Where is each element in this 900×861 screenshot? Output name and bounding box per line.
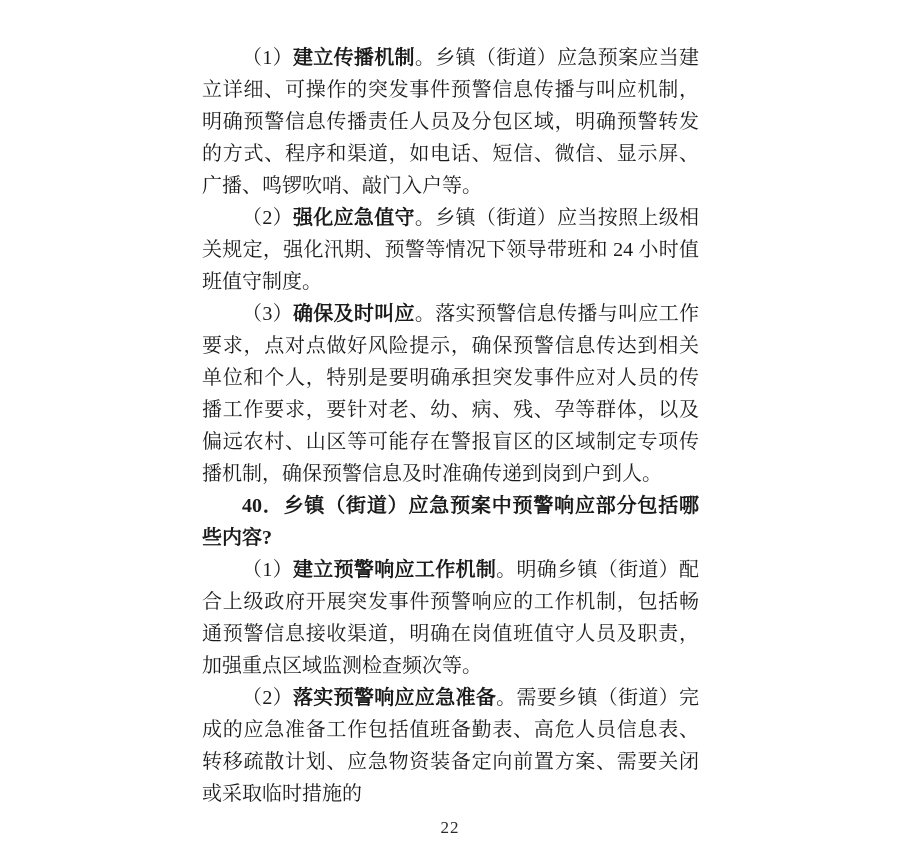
bold-text-run: 落实预警响应应急准备: [293, 687, 496, 709]
paragraph: （2）强化应急值守。乡镇（街道）应当按照上级相关规定，强化汛期、预警等情况下领导…: [202, 202, 699, 298]
bold-text-run: 建立预警响应工作机制: [293, 559, 496, 581]
bold-text-run: 强化应急值守: [293, 207, 415, 229]
question-heading: 40．乡镇（街道）应急预案中预警响应部分包括哪些内容?: [202, 490, 699, 554]
paragraph: （3）确保及时叫应。落实预警信息传播与叫应工作要求，点对点做好风险提示，确保预警…: [202, 298, 699, 490]
text-run: （1）: [242, 47, 293, 69]
text-run: 。乡镇（街道）应急预案应当建立详细、可操作的突发事件预警信息传播与叫应机制，明确…: [202, 47, 699, 197]
text-column: （1）建立传播机制。乡镇（街道）应急预案应当建立详细、可操作的突发事件预警信息传…: [202, 42, 699, 810]
page-number: 22: [441, 818, 460, 837]
text-run: 。落实预警信息传播与叫应工作要求，点对点做好风险提示，确保预警信息传达到相关单位…: [202, 303, 699, 485]
bold-text-run: 40．乡镇（街道）应急预案中预警响应部分包括哪些内容?: [202, 495, 699, 549]
page-footer: 22: [0, 816, 900, 840]
text-run: （1）: [242, 559, 293, 581]
paragraph: （1）建立传播机制。乡镇（街道）应急预案应当建立详细、可操作的突发事件预警信息传…: [202, 42, 699, 202]
text-run: （2）: [242, 207, 293, 229]
paragraph: （2）落实预警响应应急准备。需要乡镇（街道）完成的应急准备工作包括值班备勤表、高…: [202, 682, 699, 810]
text-run: （3）: [242, 303, 293, 325]
paragraph: （1）建立预警响应工作机制。明确乡镇（街道）配合上级政府开展突发事件预警响应的工…: [202, 554, 699, 682]
bold-text-run: 确保及时叫应: [293, 303, 415, 325]
bold-text-run: 建立传播机制: [293, 47, 415, 69]
text-run: （2）: [242, 687, 293, 709]
document-page: （1）建立传播机制。乡镇（街道）应急预案应当建立详细、可操作的突发事件预警信息传…: [0, 0, 900, 861]
